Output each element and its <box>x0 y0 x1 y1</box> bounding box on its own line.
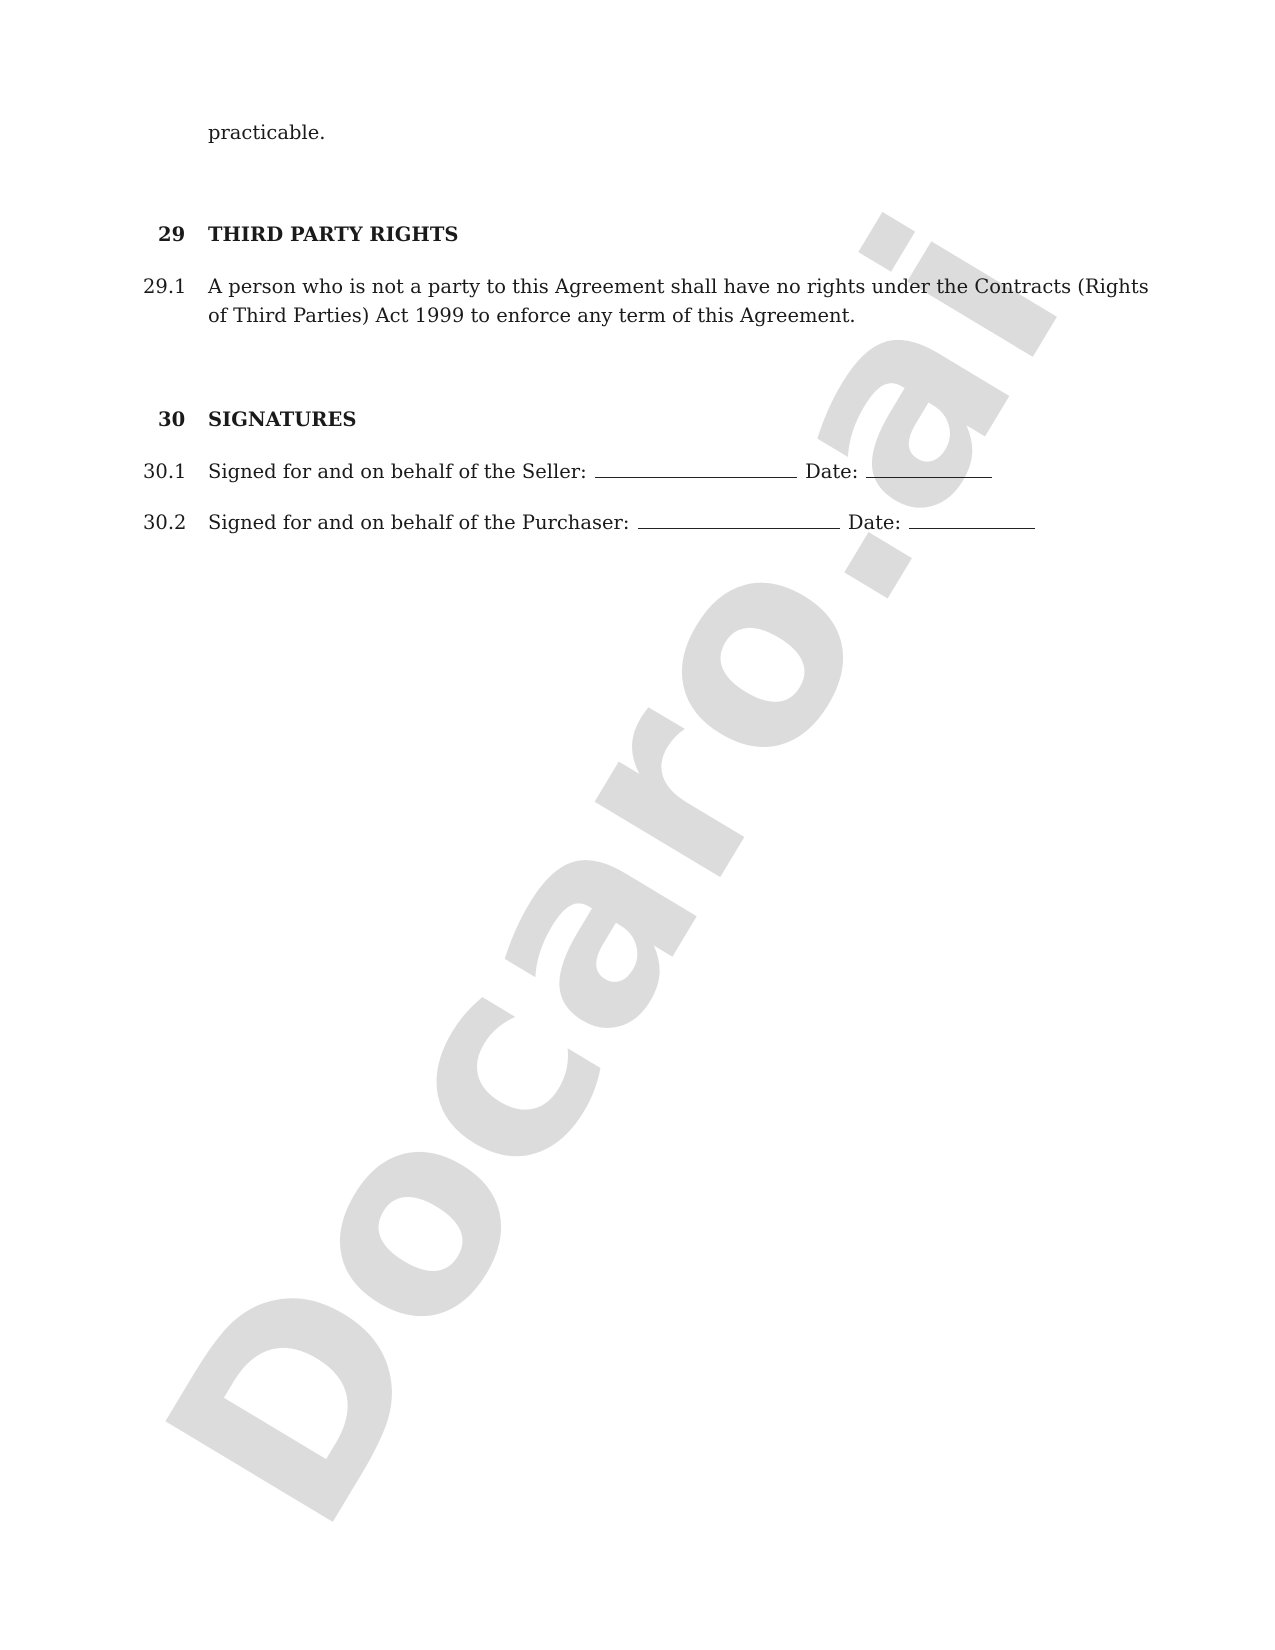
purchaser-date-field[interactable] <box>909 527 1035 529</box>
seller-signature-line: Signed for and on behalf of the Seller: … <box>208 457 994 486</box>
clause-number: 30.1 <box>143 457 186 486</box>
seller-signature-label: Signed for and on behalf of the Seller: <box>208 460 587 483</box>
purchaser-signature-label: Signed for and on behalf of the Purchase… <box>208 511 629 534</box>
purchaser-signature-field[interactable] <box>638 527 840 529</box>
document-page: practicable. 29 THIRD PARTY RIGHTS 29.1 … <box>0 0 1275 1650</box>
section-title: SIGNATURES <box>208 405 356 434</box>
clause-number: 30.2 <box>143 508 186 537</box>
clause-number: 29.1 <box>143 272 186 301</box>
seller-signature-field[interactable] <box>595 476 797 478</box>
purchaser-date-label: Date: <box>848 511 901 534</box>
clause-text-line: A person who is not a party to this Agre… <box>208 272 1149 301</box>
continuation-text: practicable. <box>208 118 325 147</box>
purchaser-signature-line: Signed for and on behalf of the Purchase… <box>208 508 1037 537</box>
seller-date-field[interactable] <box>866 476 992 478</box>
section-number: 29 <box>158 220 185 249</box>
clause-text-line: of Third Parties) Act 1999 to enforce an… <box>208 301 856 330</box>
seller-date-label: Date: <box>805 460 858 483</box>
section-number: 30 <box>158 405 185 434</box>
section-title: THIRD PARTY RIGHTS <box>208 220 458 249</box>
